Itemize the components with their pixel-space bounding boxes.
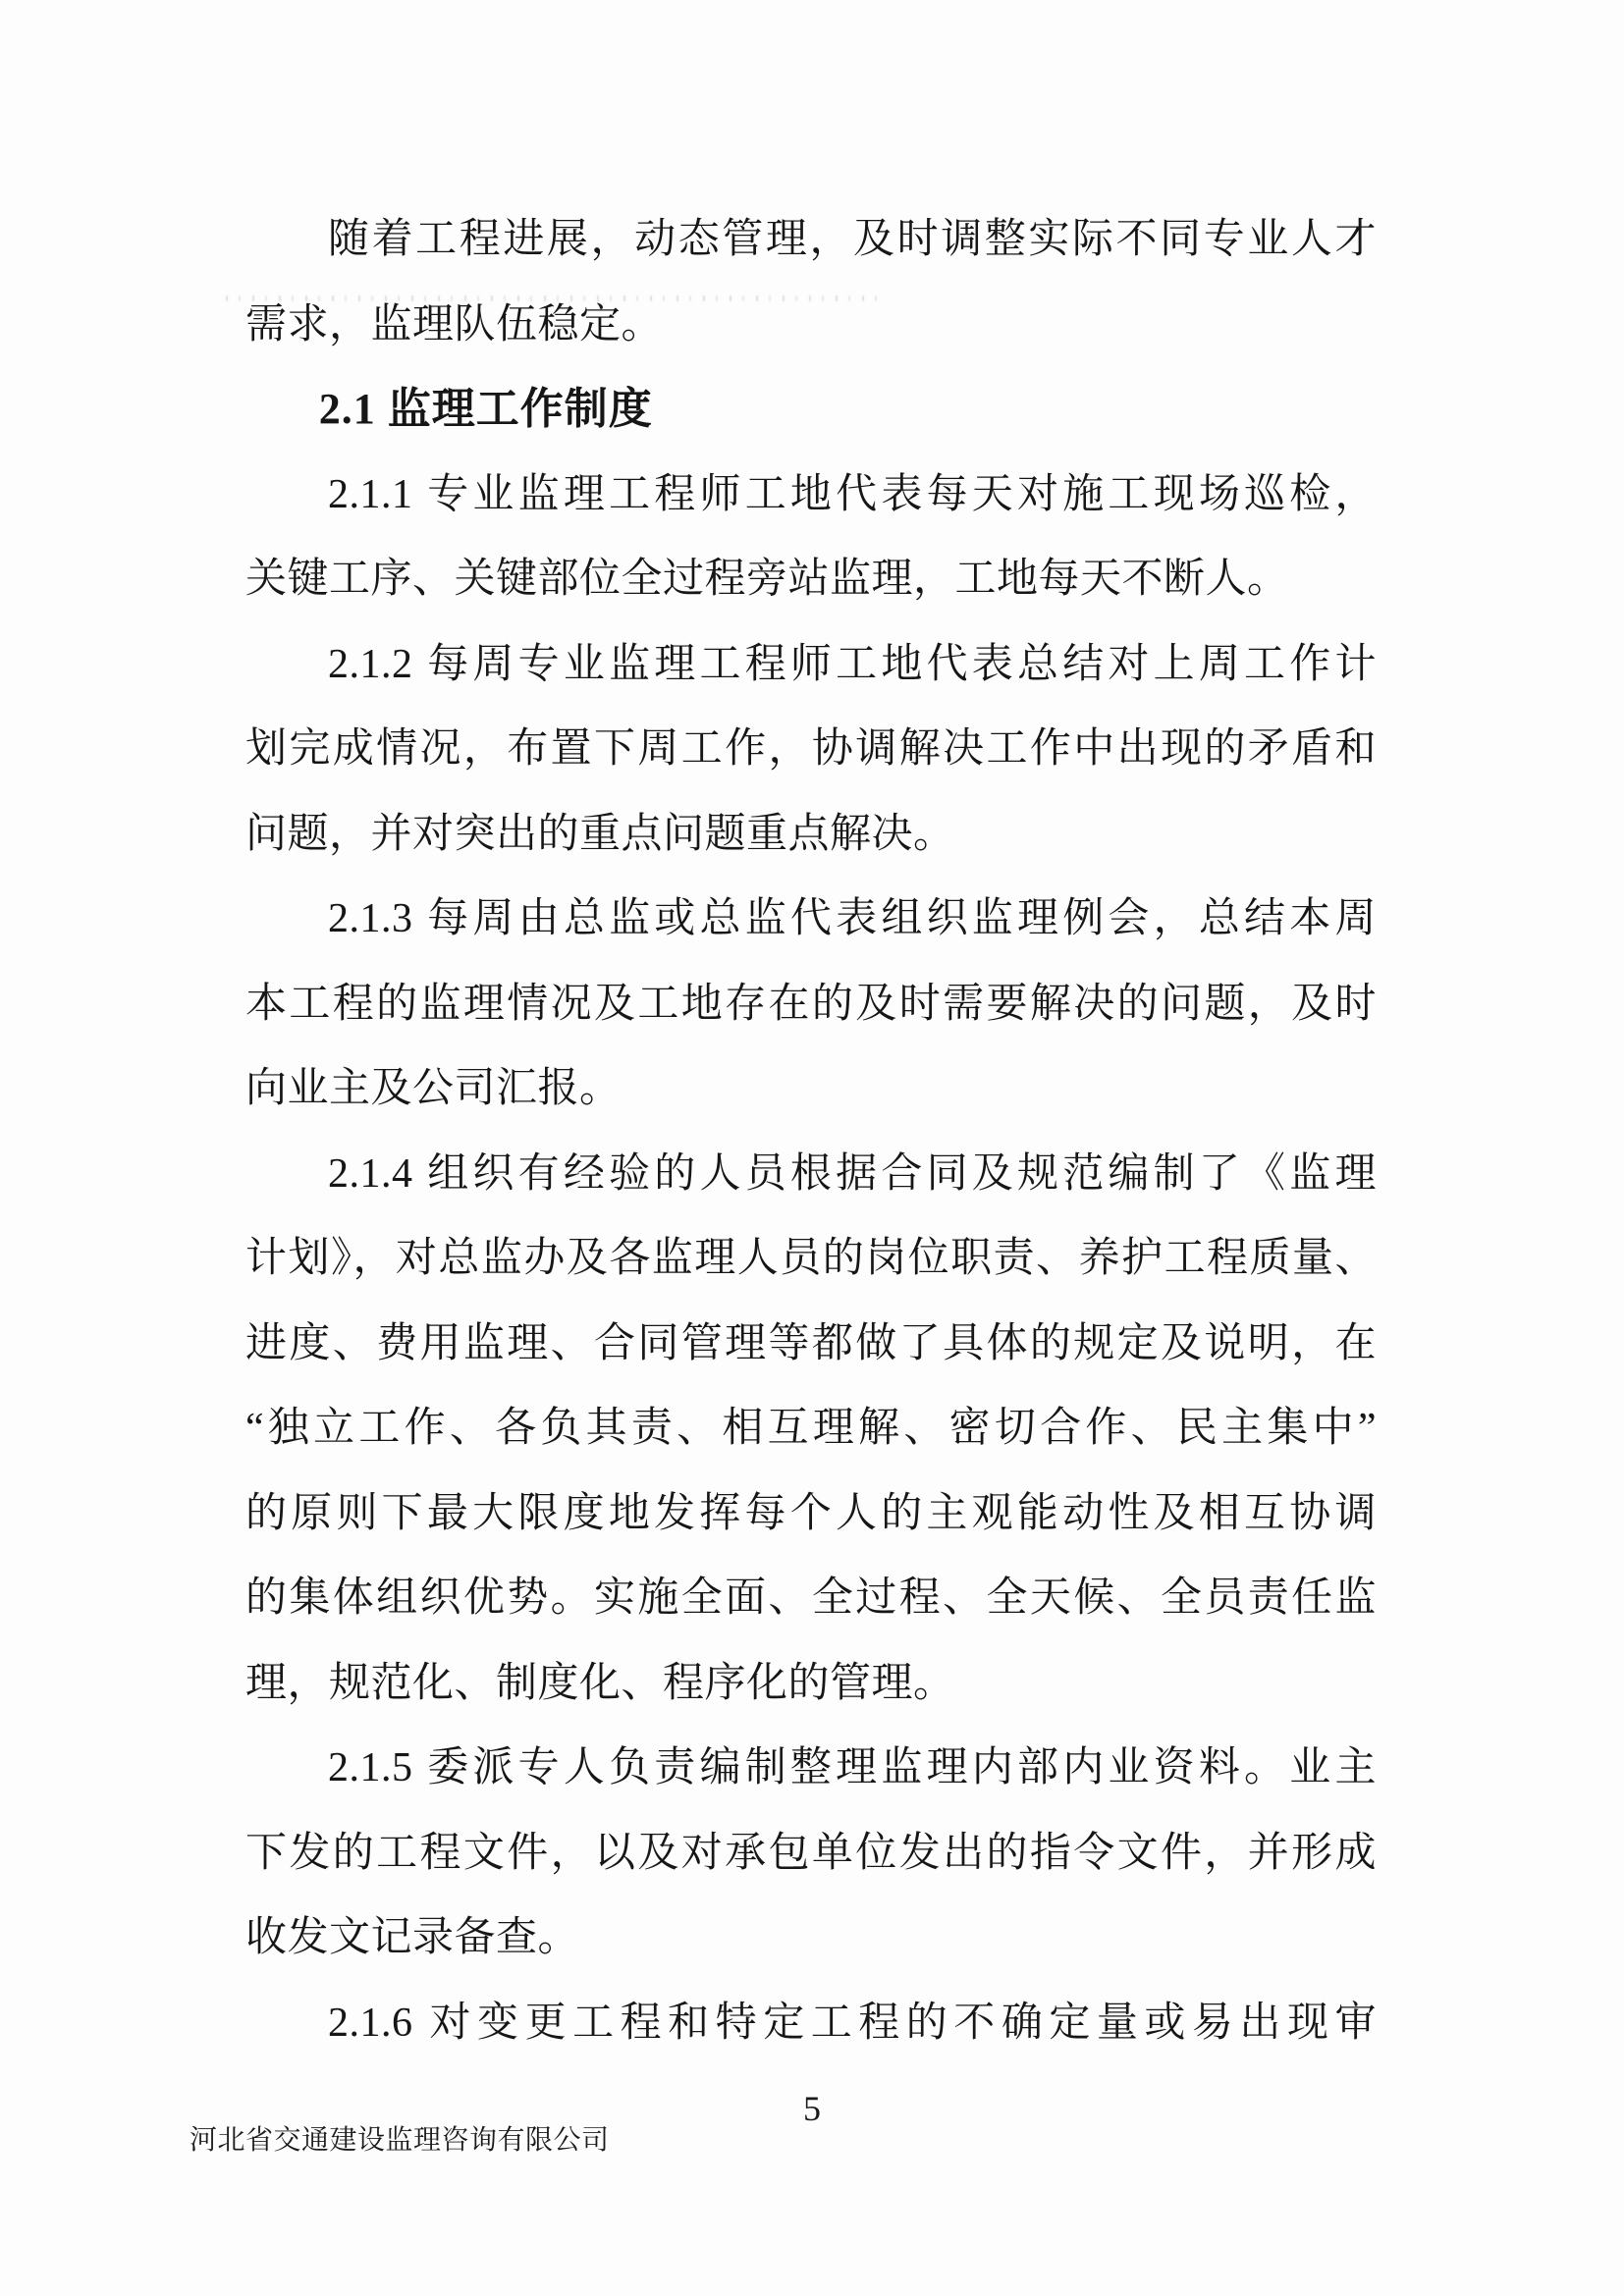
text-line: 下发的工程文件，以及对承包单位发出的指令文件，并形成 — [245, 1811, 1377, 1896]
text-line: 问题，并对突出的重点问题重点解决。 — [245, 792, 1377, 878]
text-line: “独立工作、各负其责、相互理解、密切合作、民主集中” — [245, 1386, 1377, 1471]
text-line: 进度、费用监理、合同管理等都做了具体的规定及说明，在 — [245, 1302, 1377, 1387]
text-line: 本工程的监理情况及工地存在的及时需要解决的问题，及时 — [245, 962, 1377, 1047]
text-line: 2.1.3 每周由总监或总监代表组织监理例会，总结本周 — [245, 877, 1377, 962]
text-line: 划完成情况，布置下周工作，协调解决工作中出现的矛盾和 — [245, 707, 1377, 792]
text-line: 2.1.4 组织有经验的人员根据合同及规范编制了《监理 — [245, 1132, 1377, 1217]
text-line: 2.1.6 对变更工程和特定工程的不确定量或易出现审 — [245, 1981, 1377, 2066]
text-line: 关键工序、关键部位全过程旁站监理，工地每天不断人。 — [245, 537, 1377, 622]
text-line: 的原则下最大限度地发挥每个人的主观能动性及相互协调 — [245, 1471, 1377, 1557]
text-line: 2.1.1 专业监理工程师工地代表每天对施工现场巡检， — [245, 453, 1377, 538]
text-line: 理，规范化、制度化、程序化的管理。 — [245, 1641, 1377, 1727]
footer-company-name: 河北省交通建设监理咨询有限公司 — [189, 2123, 610, 2159]
text-line: 2.1.2 每周专业监理工程师工地代表总结对上周工作计 — [245, 622, 1377, 708]
text-line: 收发文记录备查。 — [245, 1896, 1377, 1981]
text-line: 的集体组织优势。实施全面、全过程、全天候、全员责任监 — [245, 1556, 1377, 1641]
scan-artifact — [226, 295, 884, 301]
document-body: 随着工程进展，动态管理，及时调整实际不同专业人才需求，监理队伍稳定。2.1 监理… — [245, 197, 1377, 2065]
document-page: 随着工程进展，动态管理，及时调整实际不同专业人才需求，监理队伍稳定。2.1 监理… — [0, 0, 1624, 2296]
text-line: 随着工程进展，动态管理，及时调整实际不同专业人才 — [245, 197, 1377, 283]
text-line: 向业主及公司汇报。 — [245, 1046, 1377, 1132]
text-line: 2.1.5 委派专人负责编制整理监理内部内业资料。业主 — [245, 1726, 1377, 1811]
page-number: 5 — [0, 2089, 1624, 2128]
text-line: 计划》，对总监办及各监理人员的岗位职责、养护工程质量、 — [245, 1216, 1377, 1302]
text-line: 2.1 监理工作制度 — [245, 367, 1377, 453]
